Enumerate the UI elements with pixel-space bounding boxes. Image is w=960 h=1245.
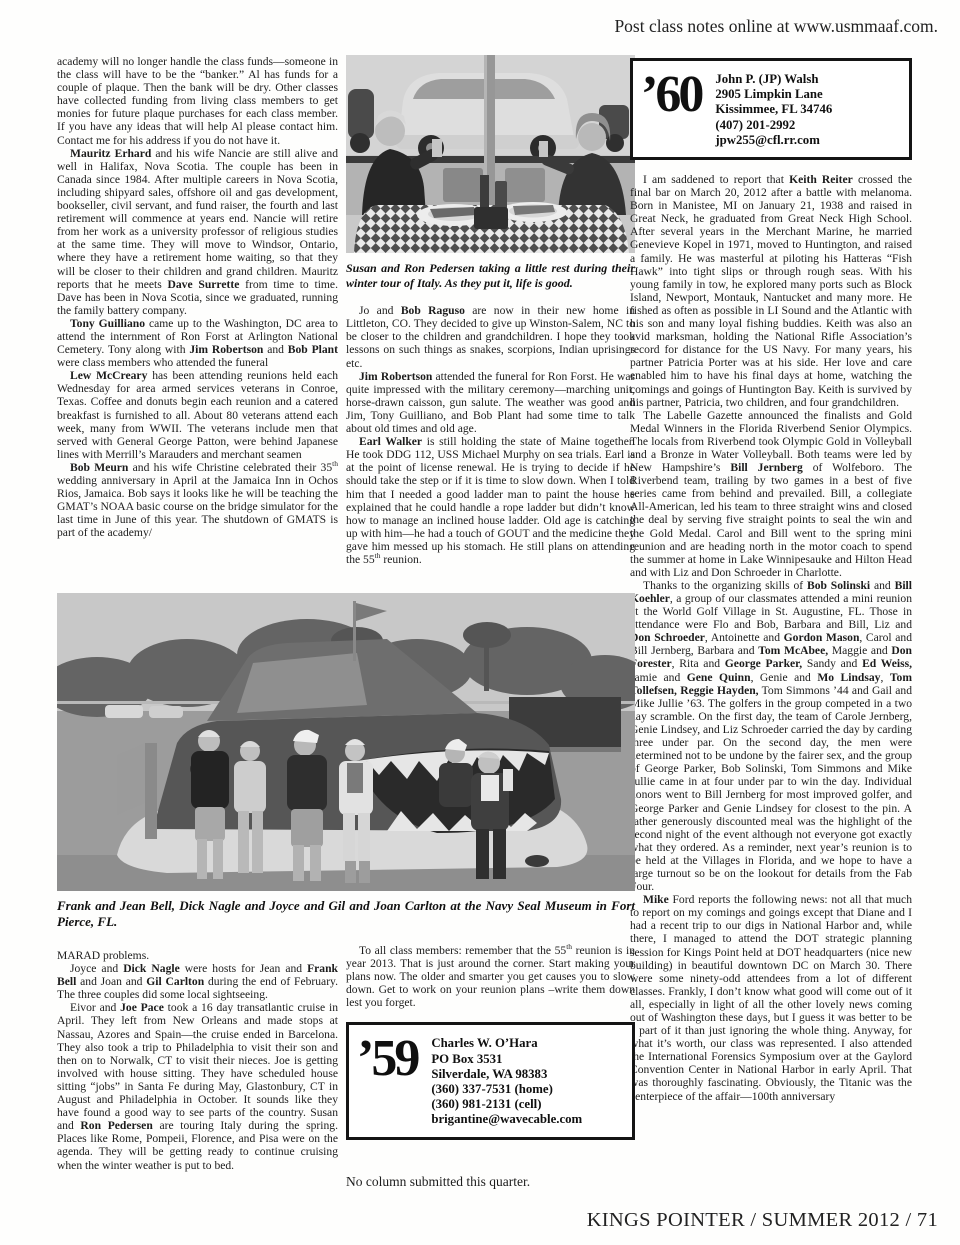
- contact-line: brigantine@wavecable.com: [431, 1112, 582, 1127]
- column-middle-top: Susan and Ron Pedersen taking a little r…: [346, 55, 635, 566]
- paragraph: Joyce and Dick Nagle were hosts for Jean…: [57, 962, 338, 1001]
- paragraph: Mauritz Erhard and his wife Nancie are s…: [57, 147, 338, 317]
- paragraph: Eivor and Joe Pace took a 16 day transat…: [57, 1001, 338, 1171]
- paragraph: Tony Guilliano came up to the Washington…: [57, 317, 338, 369]
- paragraph: Bob Meurn and his wife Christine celebra…: [57, 461, 338, 540]
- cafe-photo-caption: Susan and Ron Pedersen taking a little r…: [346, 261, 635, 290]
- museum-photo-caption: Frank and Jean Bell, Dick Nagle and Joyc…: [57, 898, 635, 930]
- paragraph: academy will no longer handle the class …: [57, 55, 338, 147]
- contact-line: Kissimmee, FL 34746: [715, 102, 832, 117]
- class-59-box: ’59 Charles W. O’HaraPO Box 3531Silverda…: [346, 1022, 635, 1139]
- paragraph: MARAD problems.: [57, 949, 338, 962]
- paragraph: Mike Ford reports the following news: no…: [630, 893, 912, 1103]
- contact-line: John P. (JP) Walsh: [715, 72, 832, 87]
- class-60-contact: John P. (JP) Walsh2905 Limpkin LaneKissi…: [715, 69, 832, 148]
- contact-line: (360) 981-2131 (cell): [431, 1097, 582, 1112]
- contact-line: Charles W. O’Hara: [431, 1036, 582, 1051]
- paragraph: Jo and Bob Raguso are now in their new h…: [346, 304, 635, 369]
- magazine-page: Post class notes online at www.usmmaaf.c…: [0, 0, 960, 1245]
- page-footer: KINGS POINTER / SUMMER 2012 / 71: [587, 1209, 938, 1232]
- column-right-text: I am saddened to report that Keith Reite…: [630, 173, 912, 1103]
- class-59-year: ’59: [357, 1033, 431, 1083]
- contact-line: PO Box 3531: [431, 1052, 582, 1067]
- contact-line: (360) 337-7531 (home): [431, 1082, 582, 1097]
- paragraph: The Labelle Gazette announced the finali…: [630, 409, 912, 579]
- flag-pole: [353, 601, 356, 661]
- sign-post: [145, 743, 157, 839]
- paragraph: Thanks to the organizing skills of Bob S…: [630, 579, 912, 893]
- paragraph: Earl Walker is still holding the state o…: [346, 435, 635, 566]
- column-right: ’60 John P. (JP) Walsh2905 Limpkin LaneK…: [630, 58, 912, 1103]
- contact-line: Silverdale, WA 98383: [431, 1067, 582, 1082]
- column-middle-bottom-text: To all class members: remember that the …: [346, 944, 635, 1009]
- paragraph: Jim Robertson attended the funeral for R…: [346, 370, 635, 435]
- contact-line: jpw255@cfl.rr.com: [715, 133, 832, 148]
- contact-line: (407) 201-2992: [715, 118, 832, 133]
- museum-photo: [57, 593, 635, 891]
- paragraph: I am saddened to report that Keith Reite…: [630, 173, 912, 409]
- column-middle-top-text: Jo and Bob Raguso are now in their new h…: [346, 304, 635, 566]
- class-60-box: ’60 John P. (JP) Walsh2905 Limpkin LaneK…: [630, 58, 912, 160]
- class-60-year: ’60: [641, 69, 715, 119]
- no-column-note: No column submitted this quarter.: [346, 1174, 635, 1190]
- column-left-top: academy will no longer handle the class …: [57, 55, 338, 539]
- contact-line: 2905 Limpkin Lane: [715, 87, 832, 102]
- class-59-contact: Charles W. O’HaraPO Box 3531Silverdale, …: [431, 1033, 582, 1127]
- column-middle-bottom: To all class members: remember that the …: [346, 944, 635, 1190]
- paragraph: Lew McCreary has been attending reunions…: [57, 369, 338, 461]
- hat-on-rocks: [525, 855, 549, 867]
- header-note: Post class notes online at www.usmmaaf.c…: [614, 16, 938, 37]
- column-left-bottom: MARAD problems.Joyce and Dick Nagle were…: [57, 949, 338, 1172]
- museum-photo-figure: Frank and Jean Bell, Dick Nagle and Joyc…: [57, 593, 635, 930]
- cafe-photo: [346, 55, 635, 253]
- paragraph: To all class members: remember that the …: [346, 944, 635, 1009]
